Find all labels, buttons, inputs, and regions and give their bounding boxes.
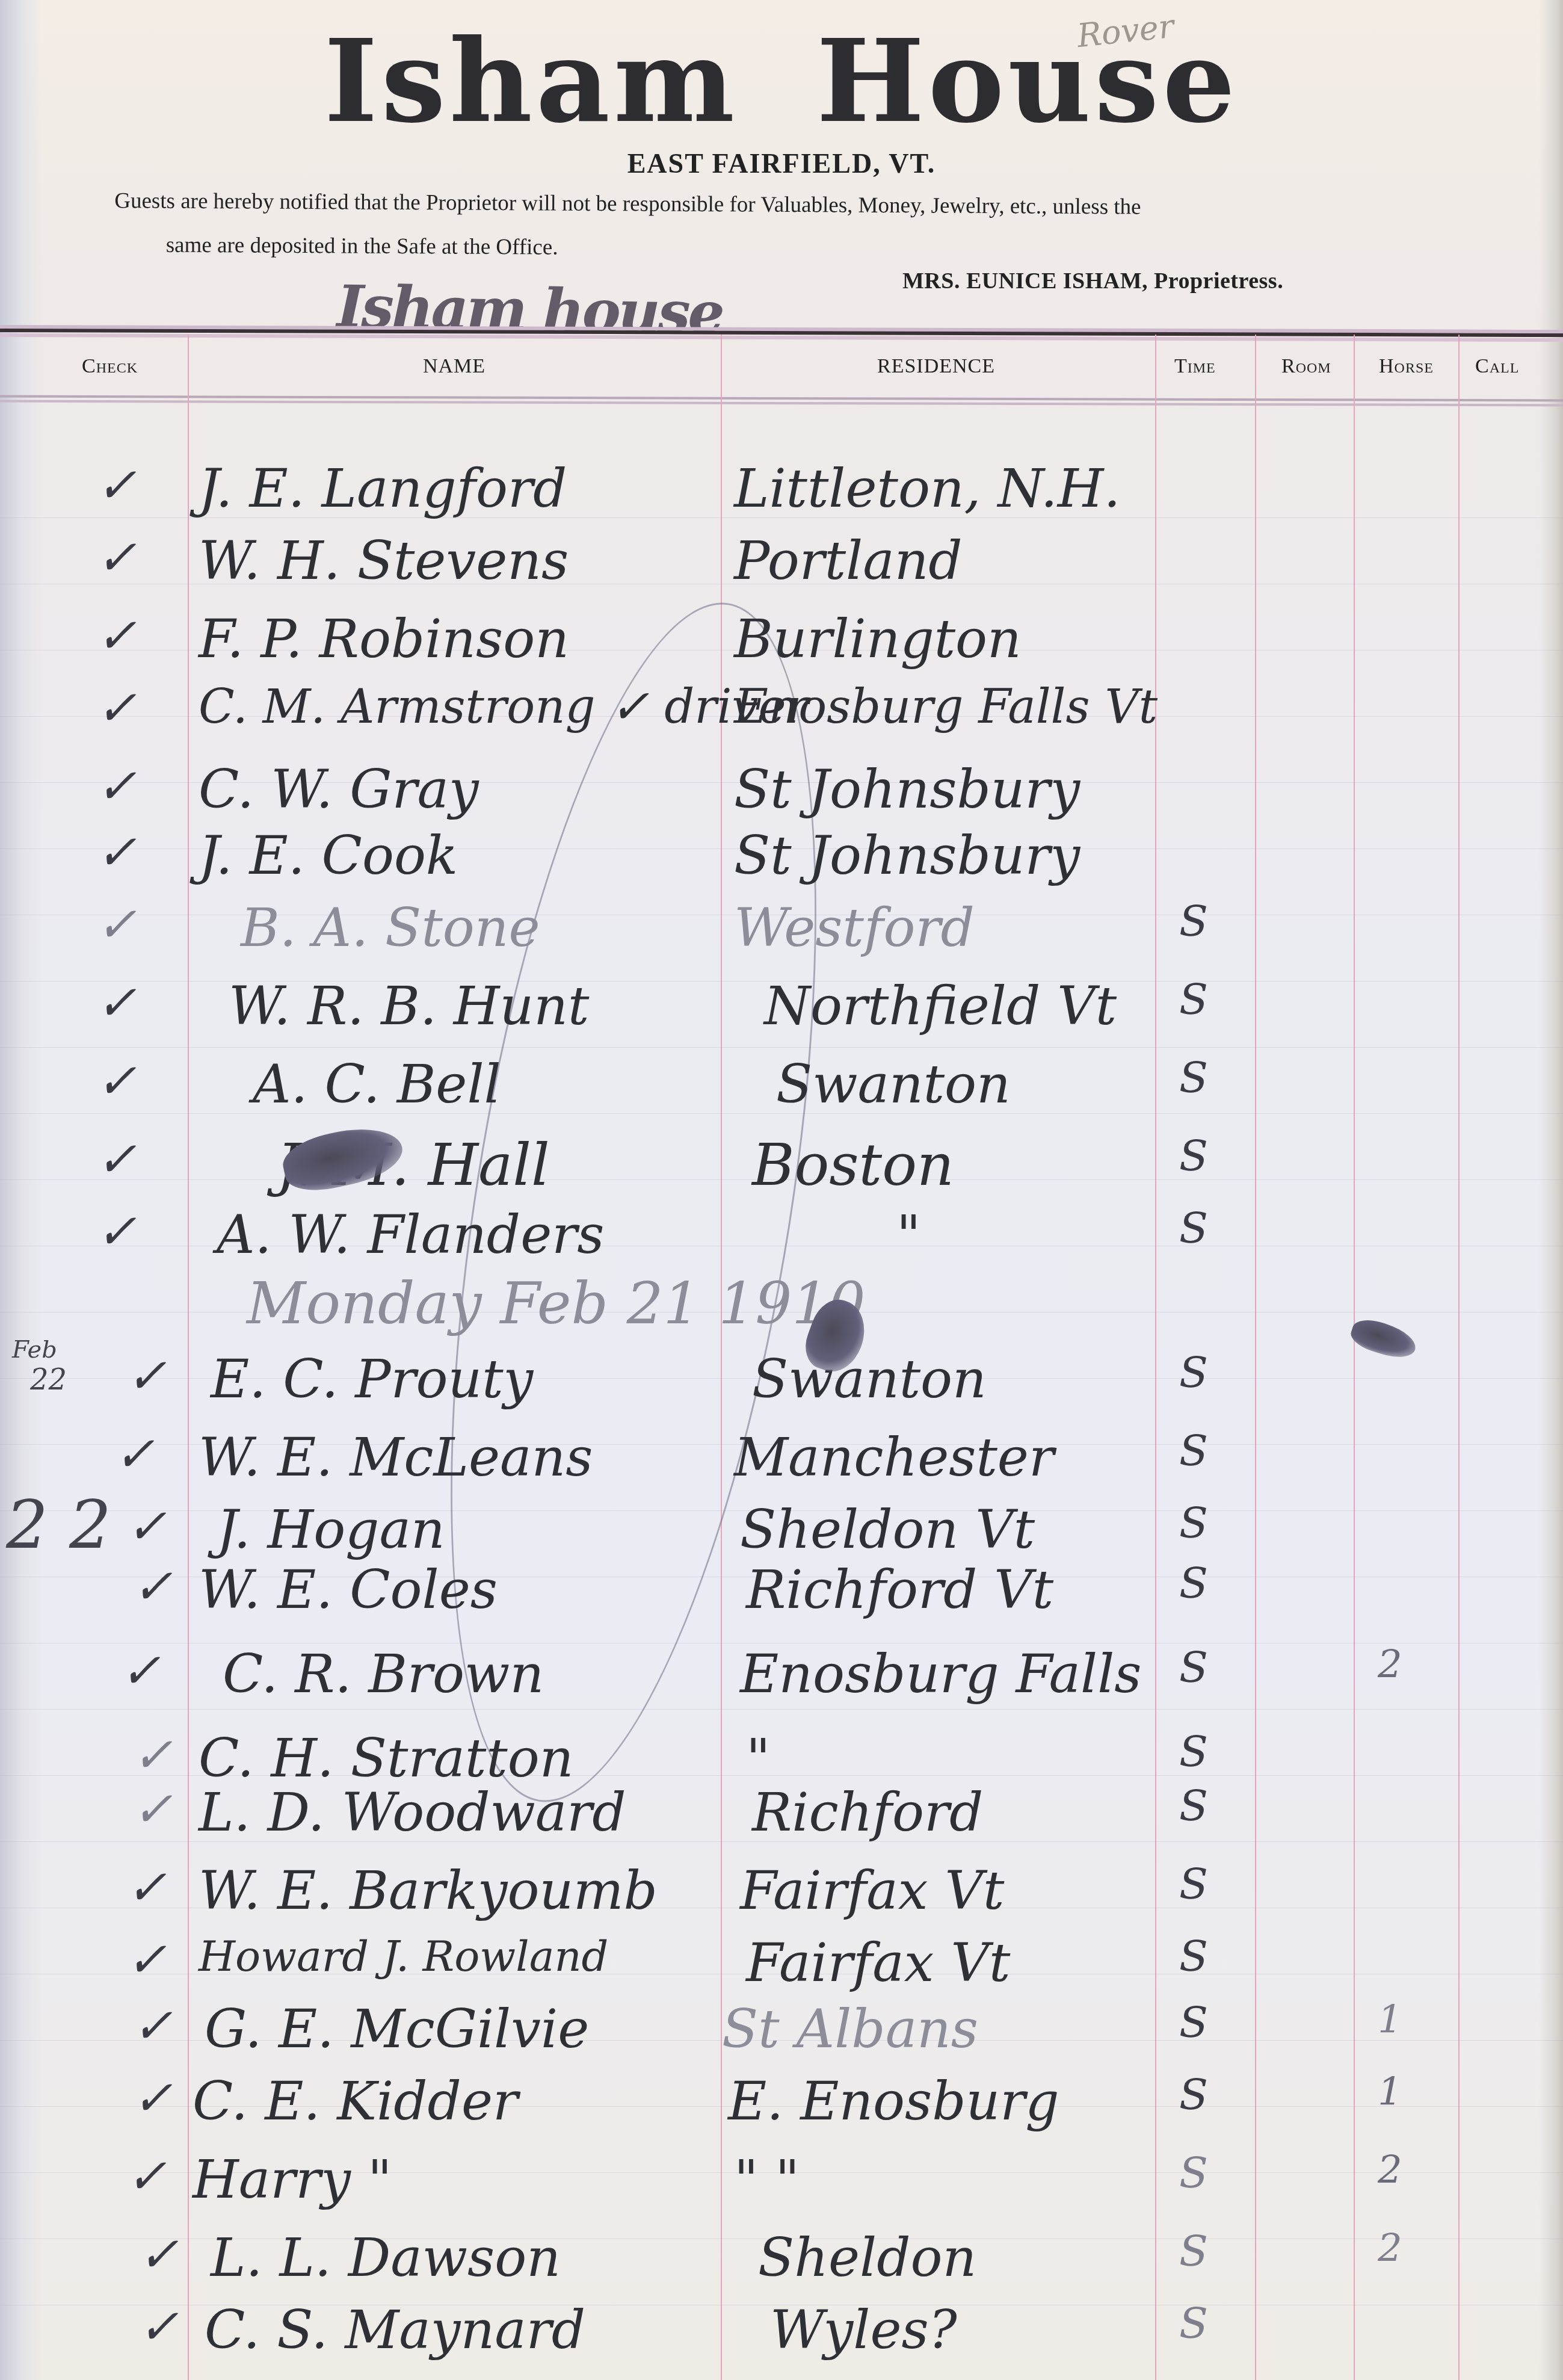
check-mark: ✓: [126, 1859, 167, 1915]
guest-residence: Wyles?: [770, 2299, 957, 2361]
register-row: ✓ J. E. Langford Littleton, N.H.: [0, 457, 1563, 524]
time-mark: S: [1179, 897, 1208, 946]
time-mark: S: [1179, 1781, 1208, 1831]
horse-count: 2: [1378, 2227, 1402, 2271]
guest-residence: Portland: [734, 530, 963, 592]
horse-count: 1: [1378, 1998, 1402, 2042]
col-header-name: NAME: [423, 355, 486, 378]
check-mark: ✓: [132, 1559, 173, 1615]
time-mark: S: [1179, 2227, 1208, 2276]
guest-name: J. E. Cook: [199, 824, 458, 886]
check-mark: ✓: [96, 457, 137, 513]
guest-name: C. R. Brown: [223, 1643, 544, 1705]
check-mark: ✓: [132, 1727, 173, 1783]
check-mark: ✓: [96, 680, 137, 736]
time-mark: S: [1179, 1727, 1208, 1776]
guest-residence: E. Enosburg: [728, 2070, 1059, 2132]
register-row: ✓ C. S. Maynard Wyles? S: [0, 2299, 1563, 2365]
time-mark: S: [1179, 1643, 1208, 1692]
check-mark: ✓: [126, 1348, 167, 1404]
check-mark: ✓: [132, 1998, 173, 2054]
guest-name: Harry ": [193, 2148, 392, 2210]
guest-residence: Sheldon: [758, 2227, 976, 2289]
time-mark: S: [1179, 1498, 1208, 1548]
guest-name: Howard J. Rowland: [199, 1932, 608, 1981]
title-word-isham: Isham: [324, 14, 738, 148]
horse-count: 2: [1378, 1643, 1402, 1687]
proprietress: MRS. EUNICE ISHAM, Proprietress.: [902, 268, 1283, 294]
guest-name: L. L. Dawson: [211, 2227, 561, 2289]
guest-residence: Swanton: [776, 1053, 1011, 1115]
time-mark: S: [1179, 975, 1208, 1024]
register-row: ✓ W. R. B. Hunt Northfield Vt S: [0, 975, 1563, 1041]
register-row: ✓ W. E. Coles Richford Vt S: [0, 1559, 1563, 1625]
guest-name: G. E. McGilvie: [205, 1998, 589, 2060]
guest-name: C. S. Maynard: [205, 2299, 585, 2361]
guest-residence: ": [896, 1204, 920, 1266]
guest-residence: St Johnsbury: [734, 758, 1080, 820]
page-title: IshamHouse: [0, 24, 1563, 138]
guest-residence: Westford: [734, 897, 975, 959]
time-mark: S: [1179, 2148, 1208, 2198]
check-mark: ✓: [96, 975, 137, 1031]
register-row: ✓ F. P. Robinson Burlington: [0, 608, 1563, 674]
guest-residence: St Albans: [722, 1998, 978, 2060]
check-mark: ✓: [96, 530, 137, 586]
guest-name: F. P. Robinson: [199, 608, 569, 670]
check-mark: ✓: [96, 824, 137, 880]
guest-name: E. C. Prouty: [211, 1348, 533, 1410]
guest-residence: " ": [734, 2148, 800, 2210]
register-row: ✓ B. A. Stone Westford S: [0, 897, 1563, 963]
register-row: ✓ J. Hogan Sheldon Vt S: [0, 1498, 1563, 1565]
check-mark: ✓: [132, 2070, 173, 2126]
guest-name: W. E. McLeans: [199, 1426, 593, 1488]
register-row: ✓ A. W. Flanders " S: [0, 1204, 1563, 1270]
col-header-time: Time: [1174, 355, 1216, 378]
time-mark: S: [1179, 1131, 1208, 1181]
time-mark: S: [1179, 2070, 1208, 2119]
time-mark: S: [1179, 1559, 1208, 1608]
notice-line-1: Guests are hereby notified that the Prop…: [114, 188, 1141, 219]
col-header-residence: RESIDENCE: [877, 355, 995, 378]
guest-name: C. H. Stratton: [199, 1727, 573, 1789]
time-mark: S: [1179, 1426, 1208, 1476]
guest-residence: Enosburg Falls: [740, 1643, 1141, 1705]
register-row: ✓ C. M. Armstrong ✓ driver Enosburg Fall…: [0, 680, 1563, 746]
col-header-call: Call: [1475, 355, 1519, 378]
col-header-room: Room: [1281, 355, 1331, 378]
register-row: ✓ Howard J. Rowland Fairfax Vt S: [0, 1932, 1563, 1998]
location: EAST FAIRFIELD, VT.: [0, 147, 1563, 179]
check-mark: ✓: [138, 2299, 179, 2355]
register-row: ✓ L. L. Dawson Sheldon S 2: [0, 2227, 1563, 2293]
time-mark: S: [1179, 1932, 1208, 1981]
register-row: ✓ J. E. Cook St Johnsbury: [0, 824, 1563, 891]
guest-name: C. W. Gray: [199, 758, 479, 820]
check-mark: ✓: [96, 897, 137, 953]
register-row: ✓ C. E. Kidder E. Enosburg S 1: [0, 2070, 1563, 2136]
notice-line-2: same are deposited in the Safe at the Of…: [114, 233, 1468, 264]
check-mark: ✓: [126, 2148, 167, 2204]
register-row: ✓ Harry " " " S 2: [0, 2148, 1563, 2215]
guest-residence: Northfield Vt: [764, 975, 1117, 1037]
guest-residence: Fairfax Vt: [740, 1859, 1004, 1921]
guest-name: A. W. Flanders: [217, 1204, 605, 1266]
time-mark: S: [1179, 2299, 1208, 2348]
register-row: ✓ G. E. McGilvie St Albans S 1: [0, 1998, 1563, 2064]
guest-residence: Fairfax Vt: [746, 1932, 1010, 1994]
check-mark: ✓: [96, 1053, 137, 1109]
guest-residence: Richford Vt: [746, 1559, 1053, 1621]
guest-residence: Manchester: [734, 1426, 1054, 1488]
horse-count: 2: [1378, 2148, 1402, 2193]
guest-name: C. E. Kidder: [193, 2070, 518, 2132]
check-mark: ✓: [126, 1932, 167, 1988]
guest-residence: Boston: [752, 1131, 954, 1199]
check-mark: ✓: [96, 1131, 137, 1187]
check-mark: ✓: [138, 2227, 179, 2283]
time-mark: S: [1179, 1204, 1208, 1253]
register-row: ✓ E. C. Prouty Swanton S: [0, 1348, 1563, 1414]
time-mark: S: [1179, 1998, 1208, 2047]
date-line: Monday Feb 21 1910: [247, 1270, 865, 1337]
table-top-rule: [0, 329, 1563, 337]
guest-name: A. C. Bell: [253, 1053, 501, 1115]
register-row: ✓ W. H. Stevens Portland: [0, 530, 1563, 596]
guest-name: W. H. Stevens: [199, 530, 569, 592]
guest-name: J. E. Langford: [199, 457, 567, 519]
time-mark: S: [1179, 1348, 1208, 1397]
guest-residence: Littleton, N.H.: [734, 457, 1121, 519]
register-row: ✓ C. R. Brown Enosburg Falls S 2: [0, 1643, 1563, 1709]
col-header-horse: Horse: [1379, 355, 1434, 378]
guest-name: W. E. Coles: [199, 1559, 498, 1621]
guest-residence: St Johnsbury: [734, 824, 1080, 886]
check-mark: ✓: [96, 608, 137, 664]
register-row: ✓ W. E. Barkyoumb Fairfax Vt S: [0, 1859, 1563, 1926]
check-mark: ✓: [126, 1498, 167, 1554]
time-mark: S: [1179, 1859, 1208, 1909]
check-mark: ✓: [132, 1781, 173, 1837]
guest-name: L. D. Woodward: [199, 1781, 626, 1843]
check-mark: ✓: [114, 1426, 155, 1482]
guest-name: C. M. Armstrong ✓ driver: [199, 680, 809, 734]
check-mark: ✓: [120, 1643, 161, 1699]
liability-notice: Guests are hereby notified that the Prop…: [114, 190, 1469, 264]
register-row: ✓ L. D. Woodward Richford S: [0, 1781, 1563, 1847]
guest-residence: Swanton: [752, 1348, 987, 1410]
header-bottom-rule: [0, 395, 1563, 402]
register-row: ✓ J. M. Hall Boston S: [0, 1131, 1563, 1198]
guest-name: J. Hogan: [217, 1498, 445, 1560]
guest-name: W. E. Barkyoumb: [199, 1859, 658, 1921]
guest-residence: Burlington: [734, 608, 1022, 670]
guest-residence: Sheldon Vt: [740, 1498, 1035, 1560]
check-mark: ✓: [96, 758, 137, 814]
horse-count: 1: [1378, 2070, 1402, 2115]
guest-name: B. A. Stone: [241, 897, 540, 959]
register-row: ✓ W. E. McLeans Manchester S: [0, 1426, 1563, 1492]
guest-residence: Richford: [752, 1781, 983, 1843]
ink-stamp-signature: Isham house: [336, 272, 723, 347]
guest-residence: ": [746, 1727, 770, 1789]
title-word-house: House: [816, 14, 1239, 148]
time-mark: S: [1179, 1053, 1208, 1102]
register-row: ✓ C. W. Gray St Johnsbury: [0, 758, 1563, 824]
col-header-check: Check: [82, 355, 138, 378]
guest-name: W. R. B. Hunt: [229, 975, 589, 1037]
guest-residence: Enosburg Falls Vt: [734, 680, 1158, 734]
check-mark: ✓: [96, 1204, 137, 1260]
register-row: ✓ A. C. Bell Swanton S: [0, 1053, 1563, 1119]
